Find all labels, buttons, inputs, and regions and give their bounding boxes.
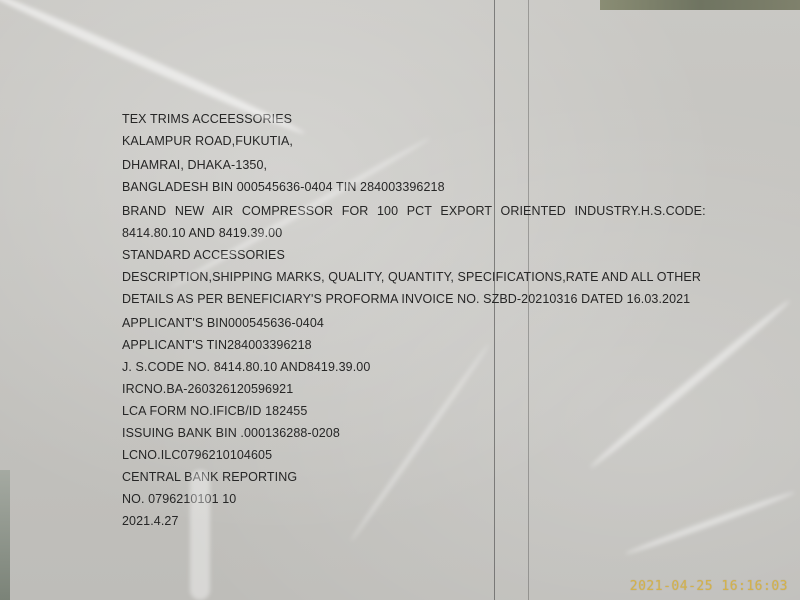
applicant-tin: APPLICANT'S TIN284003396218	[122, 338, 312, 352]
country-bin-tin: BANGLADESH BIN 000545636-0404 TIN 284003…	[122, 180, 445, 194]
lca-form-number: LCA FORM NO.IFICB/ID 182455	[122, 404, 307, 418]
plastic-wrap-glare	[190, 470, 210, 600]
description-line: DESCRIPTION,SHIPPING MARKS, QUALITY, QUA…	[122, 270, 701, 284]
proforma-invoice-line: DETAILS AS PER BENEFICIARY'S PROFORMA IN…	[122, 292, 690, 306]
address-line-1: KALAMPUR ROAD,FUKUTIA,	[122, 134, 293, 148]
hs-code-number: J. S.CODE NO. 8414.80.10 AND8419.39.00	[122, 360, 370, 374]
standard-accessories: STANDARD ACCESSORIES	[122, 248, 285, 262]
background-surface-left	[0, 470, 10, 600]
irc-number: IRCNO.BA-260326120596921	[122, 382, 293, 396]
applicant-bin: APPLICANT'S BIN000545636-0404	[122, 316, 324, 330]
background-surface-top	[600, 0, 800, 10]
goods-description: BRAND NEW AIR COMPRESSOR FOR 100 PCT EXP…	[122, 204, 706, 218]
camera-timestamp: 2021-04-25 16:16:03	[630, 579, 788, 594]
reporting-number: NO. 0796210101 10	[122, 492, 236, 506]
issuing-bank-bin: ISSUING BANK BIN .000136288-0208	[122, 426, 340, 440]
lc-number: LCNO.ILC0796210104605	[122, 448, 272, 462]
address-line-2: DHAMRAI, DHAKA-1350,	[122, 158, 267, 172]
document-date: 2021.4.27	[122, 514, 179, 528]
